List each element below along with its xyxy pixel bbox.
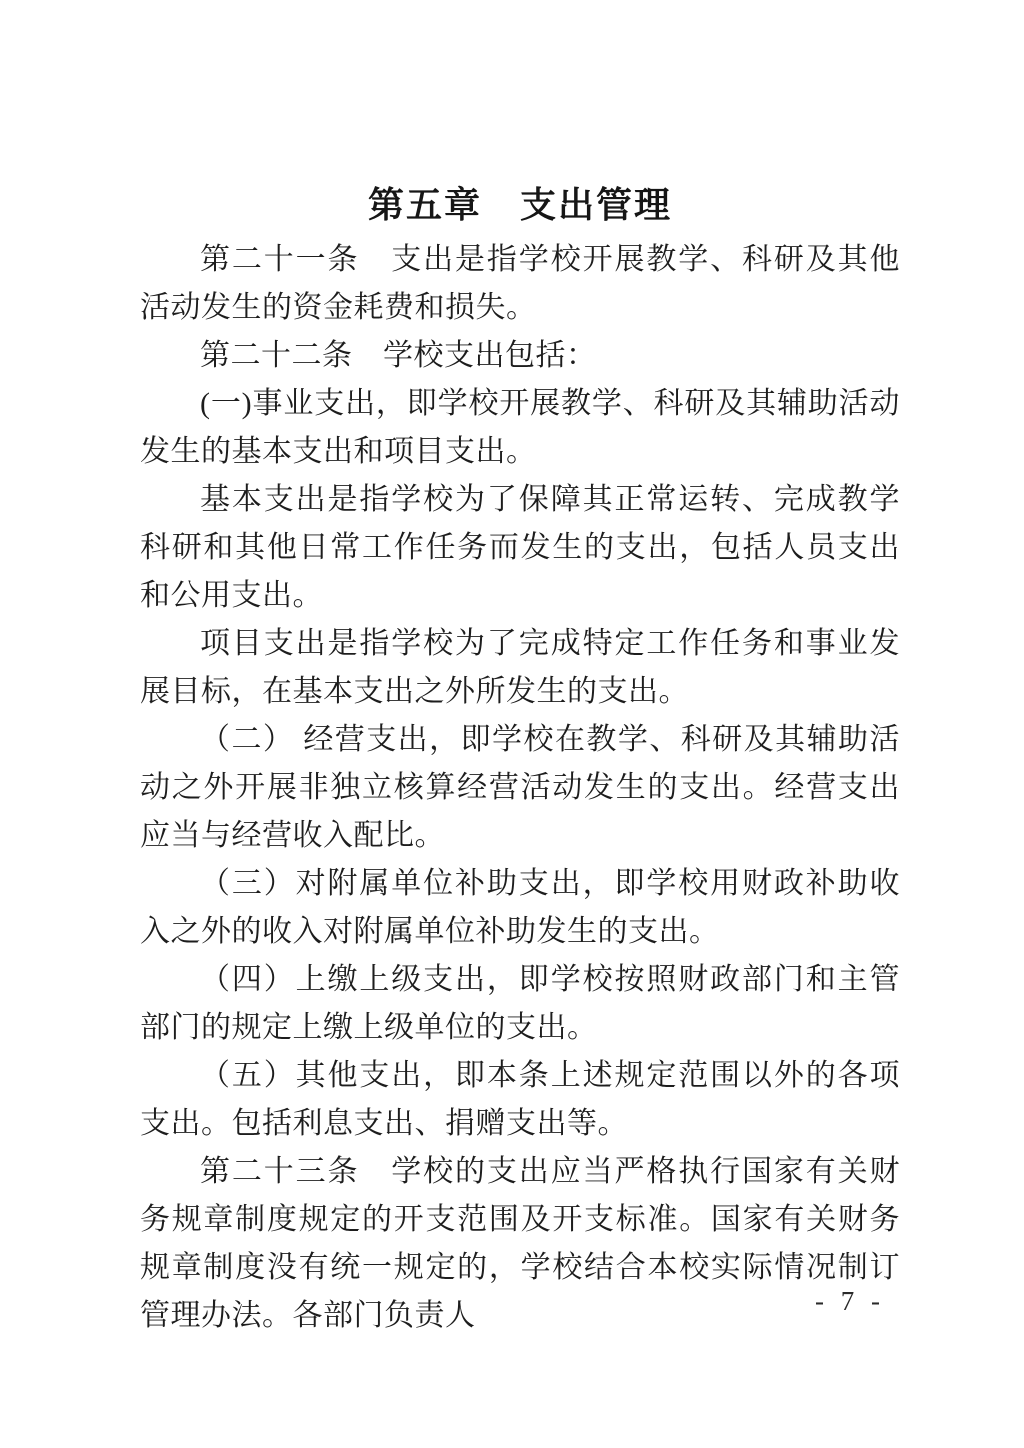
- paragraph-item-5: （五）其他支出，即本条上述规定范围以外的各项支出。包括利息支出、捐赠支出等。: [140, 1052, 900, 1148]
- paragraph-item-2: （二） 经营支出，即学校在教学、科研及其辅助活动之外开展非独立核算经营活动发生的…: [140, 716, 900, 860]
- paragraph-article-21: 第二十一条 支出是指学校开展教学、科研及其他活动发生的资金耗费和损失。: [140, 236, 900, 332]
- chapter-title: 第五章 支出管理: [140, 180, 900, 230]
- paragraph-project-expenditure: 项目支出是指学校为了完成特定工作任务和事业发展目标，在基本支出之外所发生的支出。: [140, 620, 900, 716]
- paragraph-article-22: 第二十二条 学校支出包括：: [140, 332, 900, 380]
- paragraph-article-23: 第二十三条 学校的支出应当严格执行国家有关财务规章制度规定的开支范围及开支标准。…: [140, 1148, 900, 1340]
- page-number: - 7 -: [815, 1286, 885, 1317]
- paragraph-item-4: （四）上缴上级支出，即学校按照财政部门和主管部门的规定上缴上级单位的支出。: [140, 956, 900, 1052]
- paragraph-item-1: (一)事业支出，即学校开展教学、科研及其辅助活动发生的基本支出和项目支出。: [140, 380, 900, 476]
- document-page: 第五章 支出管理 第二十一条 支出是指学校开展教学、科研及其他活动发生的资金耗费…: [0, 0, 1024, 1448]
- paragraph-item-3: （三）对附属单位补助支出，即学校用财政补助收入之外的收入对附属单位补助发生的支出…: [140, 860, 900, 956]
- paragraph-basic-expenditure: 基本支出是指学校为了保障其正常运转、完成教学科研和其他日常工作任务而发生的支出，…: [140, 476, 900, 620]
- document-content: 第五章 支出管理 第二十一条 支出是指学校开展教学、科研及其他活动发生的资金耗费…: [140, 180, 900, 1340]
